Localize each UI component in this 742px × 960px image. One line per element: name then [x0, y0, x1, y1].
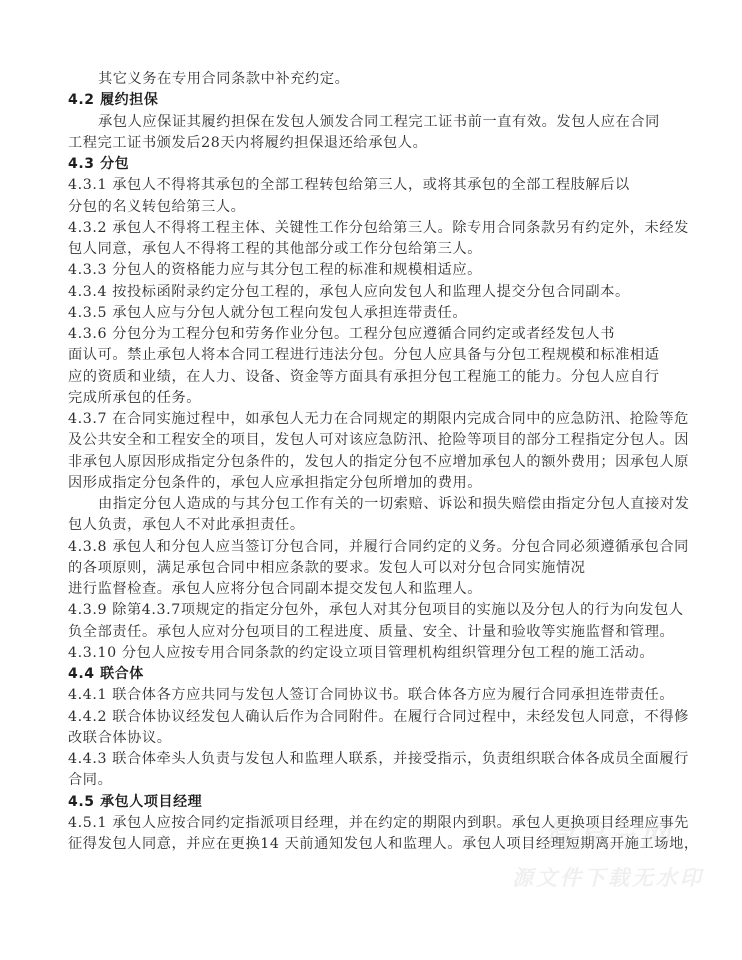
clause-4-3-10: 4.3.10 分包人应按专用合同条款的约定设立项目管理机构组织管理分包工程的施工… [68, 643, 654, 664]
paragraph-line: 分包的名义转包给第三人。 [68, 197, 654, 218]
clause-4-3-5: 4.3.5 承包人应与分包人就分包工程向发包人承担连带责任。 [68, 303, 654, 324]
paragraph-line: 进行监督检查。承包人应将分包合同副本提交发包人和监理人。 [68, 579, 654, 600]
section-heading-4-2: 4.2 履约担保 [68, 90, 654, 111]
paragraph-line: 合同。 [68, 770, 654, 791]
section-heading-4-3: 4.3 分包 [68, 154, 654, 175]
paragraph-line: 完成所承包的任务。 [68, 388, 654, 409]
section-heading-4-4: 4.4 联合体 [68, 664, 654, 685]
section-heading-4-5: 4.5 承包人项目经理 [68, 792, 654, 813]
clause-4-3-2: 4.3.2 承包人不得将工程主体、关键性工作分包给第三人。除专用合同条款另有约定… [68, 218, 654, 239]
clause-4-3-4: 4.3.4 按投标函附录约定分包工程的，承包人应向发包人和监理人提交分包合同副本… [68, 282, 654, 303]
clause-4-4-2: 4.4.2 联合体协议经发包人确认后作为合同附件。在履行合同过程中，未经发包人同… [68, 707, 654, 728]
paragraph-line: 非承包人原因形成指定分包条件的，发包人的指定分包不应增加承包人的额外费用；因承包… [68, 452, 654, 473]
paragraph-line: 由指定分包人造成的与其分包工作有关的一切索赔、诉讼和损失赔偿由指定分包人直接对发 [68, 494, 654, 515]
clause-4-3-6: 4.3.6 分包分为工程分包和劳务作业分包。工程分包应遵循合同约定或者经发包人书 [68, 324, 654, 345]
paragraph-line: 因形成指定分包条件的，承包人应承担指定分包所增加的费用。 [68, 473, 654, 494]
clause-4-4-3: 4.4.3 联合体牵头人负责与发包人和监理人联系，并接受指示，负责组织联合体各成… [68, 749, 654, 770]
paragraph-line: 及公共安全和工程安全的项目，发包人可对该应急防汛、抢险等项目的部分工程指定分包人… [68, 430, 654, 451]
paragraph-line: 改联合体协议。 [68, 728, 654, 749]
clause-4-4-1: 4.4.1 联合体各方应共同与发包人签订合同协议书。联合体各方应为履行合同承担连… [68, 685, 654, 706]
clause-4-3-9: 4.3.9 除第4.3.7项规定的指定分包外，承包人对其分包项目的实施以及分包人… [68, 600, 654, 621]
paragraph-line: 应的资质和业绩，在人力、设备、资金等方面具有承担分包工程施工的能力。分包人应自行 [68, 367, 654, 388]
paragraph-line: 承包人应保证其履约担保在发包人颁发合同工程完工证书前一直有效。发包人应在合同 [68, 112, 654, 133]
clause-4-3-1: 4.3.1 承包人不得将其承包的全部工程转包给第三人，或将其承包的全部工程肢解后… [68, 175, 654, 196]
clause-4-5-1: 4.5.1 承包人应按合同约定指派项目经理，并在约定的期限内到职。承包人更换项目… [68, 813, 654, 834]
paragraph-line: 包人同意，承包人不得将工程的其他部分或工作分包给第三人。 [68, 239, 654, 260]
paragraph-line: 其它义务在专用合同条款中补充约定。 [68, 69, 654, 90]
clause-4-3-7: 4.3.7 在合同实施过程中，如承包人无力在合同规定的期限内完成合同中的应急防汛… [68, 409, 654, 430]
document-page: 其它义务在专用合同条款中补充约定。 4.2 履约担保 承包人应保证其履约担保在发… [68, 69, 654, 855]
clause-4-3-3: 4.3.3 分包人的资格能力应与其分包工程的标准和规模相适应。 [68, 260, 654, 281]
watermark-caption: 源文件下载无水印 [508, 864, 708, 892]
paragraph-line: 包人负责，承包人不对此承担责任。 [68, 515, 654, 536]
paragraph-line: 的各项原则，满足承包合同中相应条款的要求。发包人可以对分包合同实施情况 [68, 558, 654, 579]
paragraph-line: 征得发包人同意，并应在更换14 天前通知发包人和监理人。承包人项目经理短期离开施… [68, 834, 654, 855]
clause-4-3-8: 4.3.8 承包人和分包人应当签订分包合同，并履行合同约定的义务。分包合同必须遵… [68, 537, 654, 558]
paragraph-line: 面认可。禁止承包人将本合同工程进行违法分包。分包人应具备与分包工程规模和标准相适 [68, 345, 654, 366]
paragraph-line: 负全部责任。承包人应对分包项目的工程进度、质量、安全、计量和验收等实施监督和管理… [68, 622, 654, 643]
paragraph-line: 工程完工证书颁发后28天内将履约担保退还给承包人。 [68, 133, 654, 154]
